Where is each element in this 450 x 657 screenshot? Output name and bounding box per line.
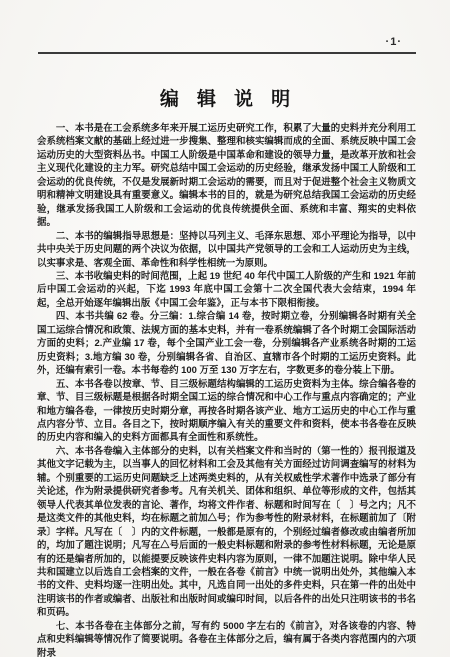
paragraph-7: 七、本书各卷在主体部分之前，写有约 5000 字左右的《前言》，对各该卷的内容、… — [37, 620, 416, 657]
paragraph-4: 四、本书共编 62 卷。分三编：1.综合编 14 卷，按时期立卷，分别编辑各时期… — [37, 310, 416, 377]
paragraph-6: 六、本书各卷编入主体部分的史料，以有关档案文件和当时的（第一性的）报刊报道及其他… — [37, 445, 416, 620]
scanned-book-page: ·1· 编辑说明 一、本书是在工会系统多年来开展工运历史研究工作，积累了大量的史… — [0, 0, 450, 657]
paragraph-5: 五、本书各卷以按章、节、目三级标题结构编辑的工运历史资料为主体。综合编各卷的章、… — [37, 378, 416, 445]
header-rule — [38, 52, 416, 54]
page-title: 编辑说明 — [0, 84, 450, 111]
page-number: ·1· — [386, 36, 402, 48]
paragraph-3: 三、本书收编史料的时间范围，上起 19 世纪 40 年代中国工人阶级的产生和 1… — [37, 270, 416, 310]
paragraph-2: 二、本书的编辑指导思想是：坚持以马列主义、毛泽东思想、邓小平理论为指导，以中共中… — [37, 230, 416, 270]
paragraph-1: 一、本书是在工会系统多年来开展工运历史研究工作，积累了大量的史料并充分利用工会系… — [37, 122, 416, 230]
body-text: 一、本书是在工会系统多年来开展工运历史研究工作，积累了大量的史料并充分利用工会系… — [37, 122, 416, 657]
